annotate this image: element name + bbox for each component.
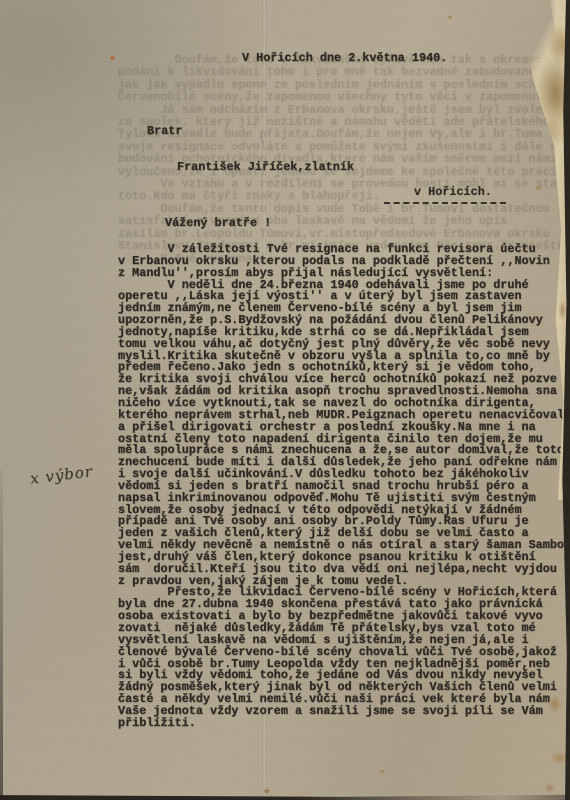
scanned-letter-page: .Doufám,že toto v likvidační zprávě nás … bbox=[0, 0, 570, 800]
scan-grain-overlay bbox=[0, 0, 570, 800]
